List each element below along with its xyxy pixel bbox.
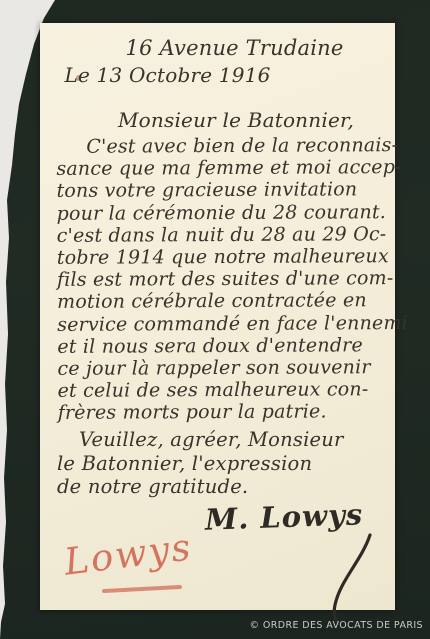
signature-flourish-stroke	[312, 531, 382, 627]
date-line: Le 13 Octobre 1916	[40, 63, 395, 87]
red-stamp-underline	[102, 585, 182, 593]
closing-line: le Batonnier, l'expression	[57, 452, 389, 476]
body-line: service commandé en face l'ennemi	[57, 312, 389, 336]
body-line: tobre 1914 que notre malheureux	[57, 245, 389, 269]
letter-closing: Veuillez, agréer, Monsieur le Batonnier,…	[57, 428, 389, 499]
salutation: Monsieur le Batonnier,	[118, 108, 354, 132]
body-line: C'est avec bien de la reconnais-	[56, 134, 388, 158]
body-line: frères morts pour la patrie.	[58, 401, 390, 425]
letter-paper: 16 Avenue Trudaine Le 13 Octobre 1916 Mo…	[40, 23, 395, 610]
body-line: tons votre gracieuse invitation	[56, 179, 388, 203]
letter-body: C'est avec bien de la reconnais- sance q…	[56, 134, 390, 424]
body-line: sance que ma femme et moi accep-	[56, 156, 388, 180]
closing-line: de notre gratitude.	[57, 475, 389, 499]
address-line: 16 Avenue Trudaine	[40, 36, 395, 60]
archive-photo: 16 Avenue Trudaine Le 13 Octobre 1916 Mo…	[0, 0, 430, 639]
red-stamp-annotation: Lowys	[62, 525, 195, 583]
body-line: ce jour là rappeler son souvenir	[57, 356, 389, 380]
body-line: fils est mort des suites d'une com-	[57, 267, 389, 291]
body-line: c'est dans la nuit du 28 au 29 Oc-	[57, 223, 389, 247]
body-line: et celui de ses malheureux con-	[58, 378, 390, 402]
body-line: pour la cérémonie du 28 courant.	[57, 201, 389, 225]
closing-line: Veuillez, agréer, Monsieur	[57, 428, 389, 452]
body-line: et il nous sera doux d'entendre	[57, 334, 389, 358]
body-line: motion cérébrale contractée en	[57, 290, 389, 314]
archive-credit-line: © ORDRE DES AVOCATS DE PARIS	[250, 620, 423, 631]
